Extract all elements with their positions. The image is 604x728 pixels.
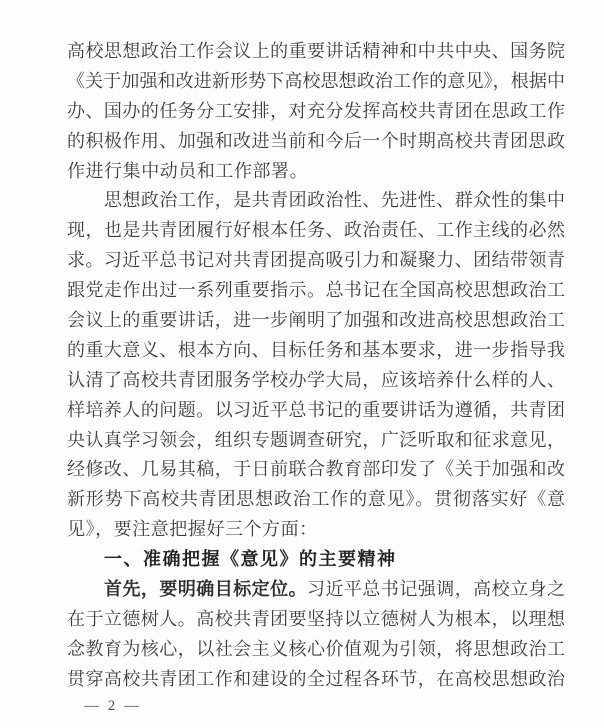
text-line: 《关于加强和改进新形势下高校思想政治工作的意见》，根据中 [67, 67, 565, 97]
text-line: 首先，要明确目标定位。习近平总书记强调，高校立身之本 [67, 575, 565, 605]
document-body: 高校思想政治工作会议上的重要讲话精神和中共中央、国务院《关于加强和改进新形势下高… [67, 37, 565, 695]
text-segment: 《关于加强和改进新形势下高校思想政治工作的意见》，根据中 [67, 71, 565, 91]
text-segment: 的积极作用、加强和改进当前和今后一个时期高校共青团思政工 [67, 131, 565, 157]
text-line: 办、国办的任务分工安排，对充分发挥高校共青团在思政工作中 [67, 97, 565, 127]
text-line: 在于立德树人。高校共青团要坚持以立德树人为根本，以理想信 [67, 605, 565, 635]
text-segment: 作进行集中动员和工作部署。 [67, 161, 308, 181]
bold-text-segment: 一、准确把握《意见》的主要精神 [104, 549, 397, 569]
document-page: 高校思想政治工作会议上的重要讲话精神和中共中央、国务院《关于加强和改进新形势下高… [0, 0, 604, 728]
text-segment: 办、国办的任务分工安排，对充分发挥高校共青团在思政工作中 [67, 101, 565, 127]
text-segment: 的重大意义、根本方向、目标任务和基本要求，进一步指导我们 [67, 340, 565, 366]
text-line: 的重大意义、根本方向、目标任务和基本要求，进一步指导我们 [67, 336, 565, 366]
text-segment: 会议上的重要讲话，进一步阐明了加强和改进高校思想政治工作 [67, 310, 565, 336]
text-line: 念教育为核心，以社会主义核心价值观为引领，将思想政治工作 [67, 635, 565, 665]
text-segment: 央认真学习领会，组织专题调查研究，广泛听取和征求意见，几 [67, 430, 565, 456]
text-segment: 经修改、几易其稿，于日前联合教育部印发了《关于加强和改进 [67, 459, 565, 485]
text-line: 贯穿高校共青团工作和建设的全过程各环节，在高校思想政治工 [67, 665, 565, 695]
text-line: 见》，要注意把握好三个方面： [67, 515, 565, 545]
text-segment: 求。习近平总书记对共青团提高吸引力和凝聚力、团结带领青年 [67, 250, 565, 276]
text-line: 高校思想政治工作会议上的重要讲话精神和中共中央、国务院 [67, 37, 565, 67]
text-segment: 见》，要注意把握好三个方面： [67, 519, 318, 539]
text-line: 会议上的重要讲话，进一步阐明了加强和改进高校思想政治工作 [67, 306, 565, 336]
text-segment: 贯穿高校共青团工作和建设的全过程各环节，在高校思想政治工 [67, 669, 565, 695]
text-segment: 在于立德树人。高校共青团要坚持以立德树人为根本，以理想信 [67, 609, 565, 635]
text-line: 作进行集中动员和工作部署。 [67, 157, 565, 187]
text-segment: 高校思想政治工作会议上的重要讲话精神和中共中央、国务院 [67, 41, 565, 61]
bold-text-segment: 首先，要明确目标定位。 [104, 579, 307, 599]
text-line: 思想政治工作，是共青团政治性、先进性、群众性的集中体 [67, 186, 565, 216]
text-segment: 现，也是共青团履行好根本任务、政治责任、工作主线的必然要 [67, 220, 565, 246]
text-line: 经修改、几易其稿，于日前联合教育部印发了《关于加强和改进 [67, 455, 565, 485]
text-segment: 思想政治工作，是共青团政治性、先进性、群众性的集中体 [67, 190, 565, 216]
text-line: 认清了高校共青团服务学校办学大局，应该培养什么样的人、怎 [67, 366, 565, 396]
text-segment: 新形势下高校共青团思想政治工作的意见》。贯彻落实好《意 [67, 489, 565, 509]
text-line: 现，也是共青团履行好根本任务、政治责任、工作主线的必然要 [67, 216, 565, 246]
text-line: 的积极作用、加强和改进当前和今后一个时期高校共青团思政工 [67, 127, 565, 157]
text-segment: 认清了高校共青团服务学校办学大局，应该培养什么样的人、怎 [67, 370, 565, 396]
text-segment: 念教育为核心，以社会主义核心价值观为引领，将思想政治工作 [67, 639, 565, 665]
text-line: 新形势下高校共青团思想政治工作的意见》。贯彻落实好《意 [67, 485, 565, 515]
text-line: 央认真学习领会，组织专题调查研究，广泛听取和征求意见，几 [67, 426, 565, 456]
section-heading: 一、准确把握《意见》的主要精神 [67, 545, 565, 575]
text-segment: 跟党走作出过一系列重要指示。总书记在全国高校思想政治工作 [67, 280, 565, 306]
text-segment: 样培养人的问题。以习近平总书记的重要讲话为遵循，共青团中 [67, 400, 565, 426]
text-line: 样培养人的问题。以习近平总书记的重要讲话为遵循，共青团中 [67, 396, 565, 426]
page-number: — 2 — [84, 696, 142, 716]
text-line: 跟党走作出过一系列重要指示。总书记在全国高校思想政治工作 [67, 276, 565, 306]
text-line: 求。习近平总书记对共青团提高吸引力和凝聚力、团结带领青年 [67, 246, 565, 276]
